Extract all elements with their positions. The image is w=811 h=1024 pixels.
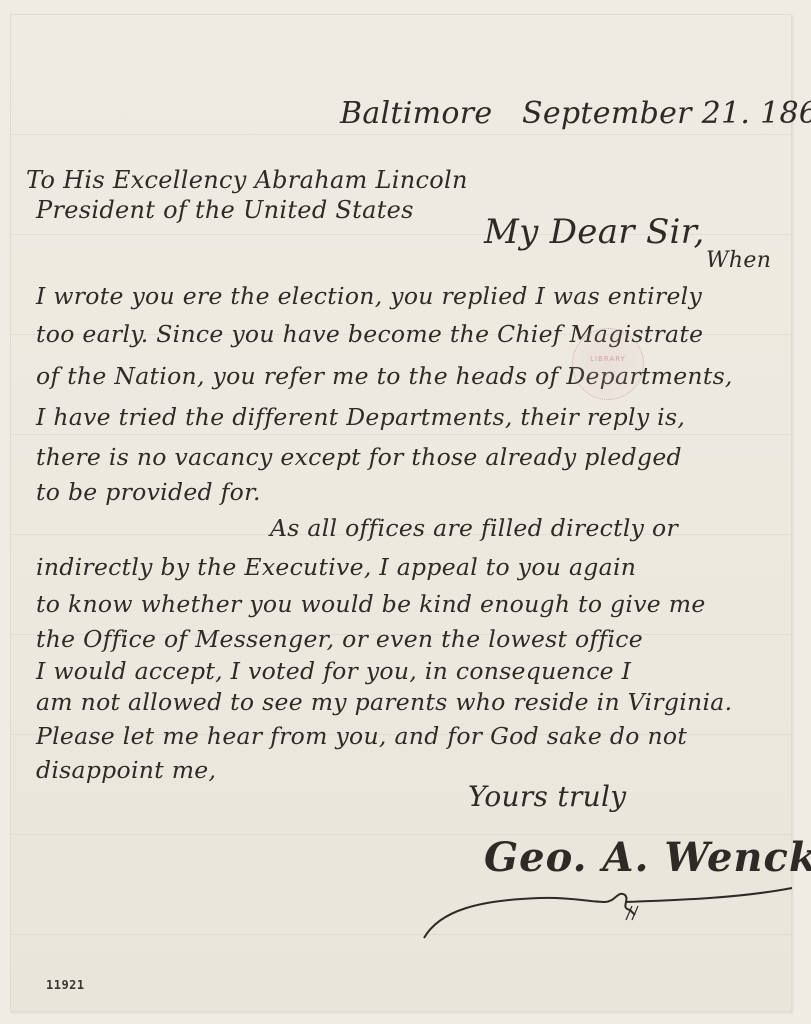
body-line: indirectly by the Executive, I appeal to…	[36, 553, 636, 581]
letter-place: Baltimore	[340, 96, 492, 131]
recipient-line-2: President of the United States	[36, 196, 414, 224]
salutation: My Dear Sir,	[484, 212, 705, 252]
library-stamp: LIBRARY	[572, 328, 644, 400]
body-line: Please let me hear from you, and for God…	[36, 722, 687, 750]
body-line: I have tried the different Departments, …	[36, 403, 685, 431]
body-line: I would accept, I voted for you, in cons…	[36, 657, 631, 685]
paper-rule	[10, 134, 792, 135]
document-number: 11921	[46, 978, 85, 992]
closing: Yours truly	[468, 780, 626, 813]
body-line: am not allowed to see my parents who res…	[36, 688, 732, 716]
letter-date: September 21. 1861	[522, 96, 811, 131]
stamp-label: LIBRARY	[573, 355, 643, 363]
paper-rule	[10, 434, 792, 435]
body-line: to be provided for.	[36, 478, 261, 506]
body-line: As all offices are filled directly or	[270, 514, 678, 542]
body-line: When	[706, 248, 771, 273]
signature-flourish	[420, 860, 800, 940]
archival-mount: Baltimore September 21. 1861 To His Exce…	[0, 0, 811, 1024]
body-line: there is no vacancy except for those alr…	[36, 443, 682, 471]
body-line: disappoint me,	[36, 756, 216, 784]
dateline: Baltimore September 21. 1861	[340, 96, 811, 131]
body-line: to know whether you would be kind enough…	[36, 590, 706, 618]
body-line: the Office of Messenger, or even the low…	[36, 625, 643, 653]
body-line: I wrote you ere the election, you replie…	[36, 282, 702, 310]
recipient-line-1: To His Excellency Abraham Lincoln	[26, 166, 468, 194]
